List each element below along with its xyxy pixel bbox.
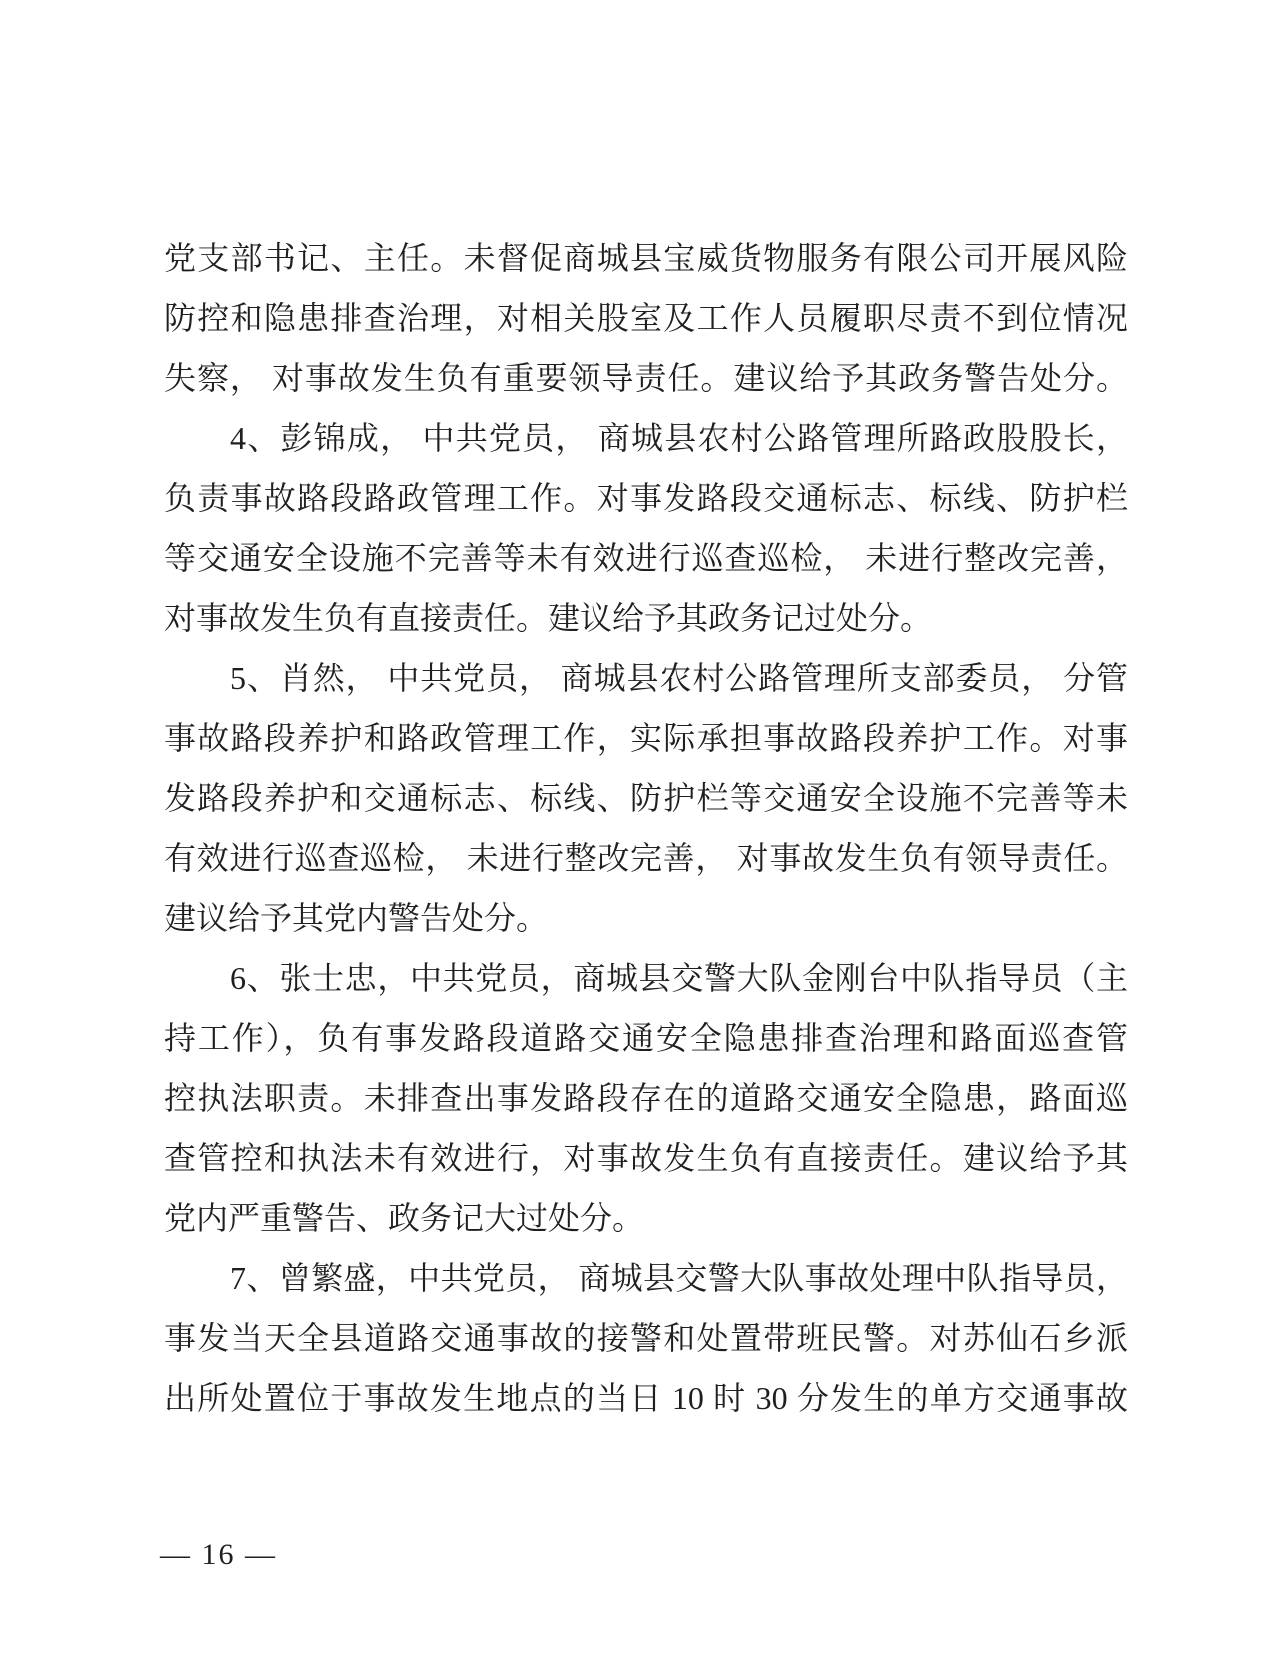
text-line: 对事故发生负有直接责任。建议给予其政务记过处分。: [164, 588, 1128, 648]
text-line: 事发当天全县道路交通事故的接警和处置带班民警。对苏仙石乡派: [164, 1308, 1128, 1368]
text-line: 防控和隐患排查治理，对相关股室及工作人员履职尽责不到位情况: [164, 288, 1128, 348]
body-text: 党支部书记、主任。未督促商城县宝威货物服务有限公司开展风险防控和隐患排查治理，对…: [164, 228, 1128, 1428]
text-line: 控执法职责。未排查出事发路段存在的道路交通安全隐患，路面巡: [164, 1068, 1128, 1128]
text-line: 建议给予其党内警告处分。: [164, 888, 1128, 948]
document-body: { "page": { "background_color": "#ffffff…: [0, 0, 1280, 1656]
text-line: 党内严重警告、政务记大过处分。: [164, 1188, 1128, 1248]
page-number: — 16 —: [160, 1537, 277, 1573]
text-line: 等交通安全设施不完善等未有效进行巡查巡检， 未进行整改完善，: [164, 528, 1128, 588]
text-line: 7、曾繁盛，中共党员， 商城县交警大队事故处理中队指导员，: [164, 1248, 1128, 1308]
text-line: 持工作），负有事发路段道路交通安全隐患排查治理和路面巡查管: [164, 1008, 1128, 1068]
text-line: 5、肖然， 中共党员， 商城县农村公路管理所支部委员， 分管: [164, 648, 1128, 708]
text-line: 6、张士忠，中共党员，商城县交警大队金刚台中队指导员（主: [164, 948, 1128, 1008]
text-line: 有效进行巡查巡检， 未进行整改完善， 对事故发生负有领导责任。: [164, 828, 1128, 888]
text-line: 发路段养护和交通标志、标线、防护栏等交通安全设施不完善等未: [164, 768, 1128, 828]
text-line: 4、彭锦成， 中共党员， 商城县农村公路管理所路政股股长，: [164, 408, 1128, 468]
text-line: 查管控和执法未有效进行，对事故发生负有直接责任。建议给予其: [164, 1128, 1128, 1188]
document-page: 党支部书记、主任。未督促商城县宝威货物服务有限公司开展风险防控和隐患排查治理，对…: [0, 0, 1280, 1656]
text-line: 负责事故路段路政管理工作。对事发路段交通标志、标线、防护栏: [164, 468, 1128, 528]
text-line: 失察， 对事故发生负有重要领导责任。建议给予其政务警告处分。: [164, 348, 1128, 408]
text-line: 事故路段养护和路政管理工作，实际承担事故路段养护工作。对事: [164, 708, 1128, 768]
text-line: 出所处置位于事故发生地点的当日 10 时 30 分发生的单方交通事故: [164, 1368, 1128, 1428]
text-line: 党支部书记、主任。未督促商城县宝威货物服务有限公司开展风险: [164, 228, 1128, 288]
